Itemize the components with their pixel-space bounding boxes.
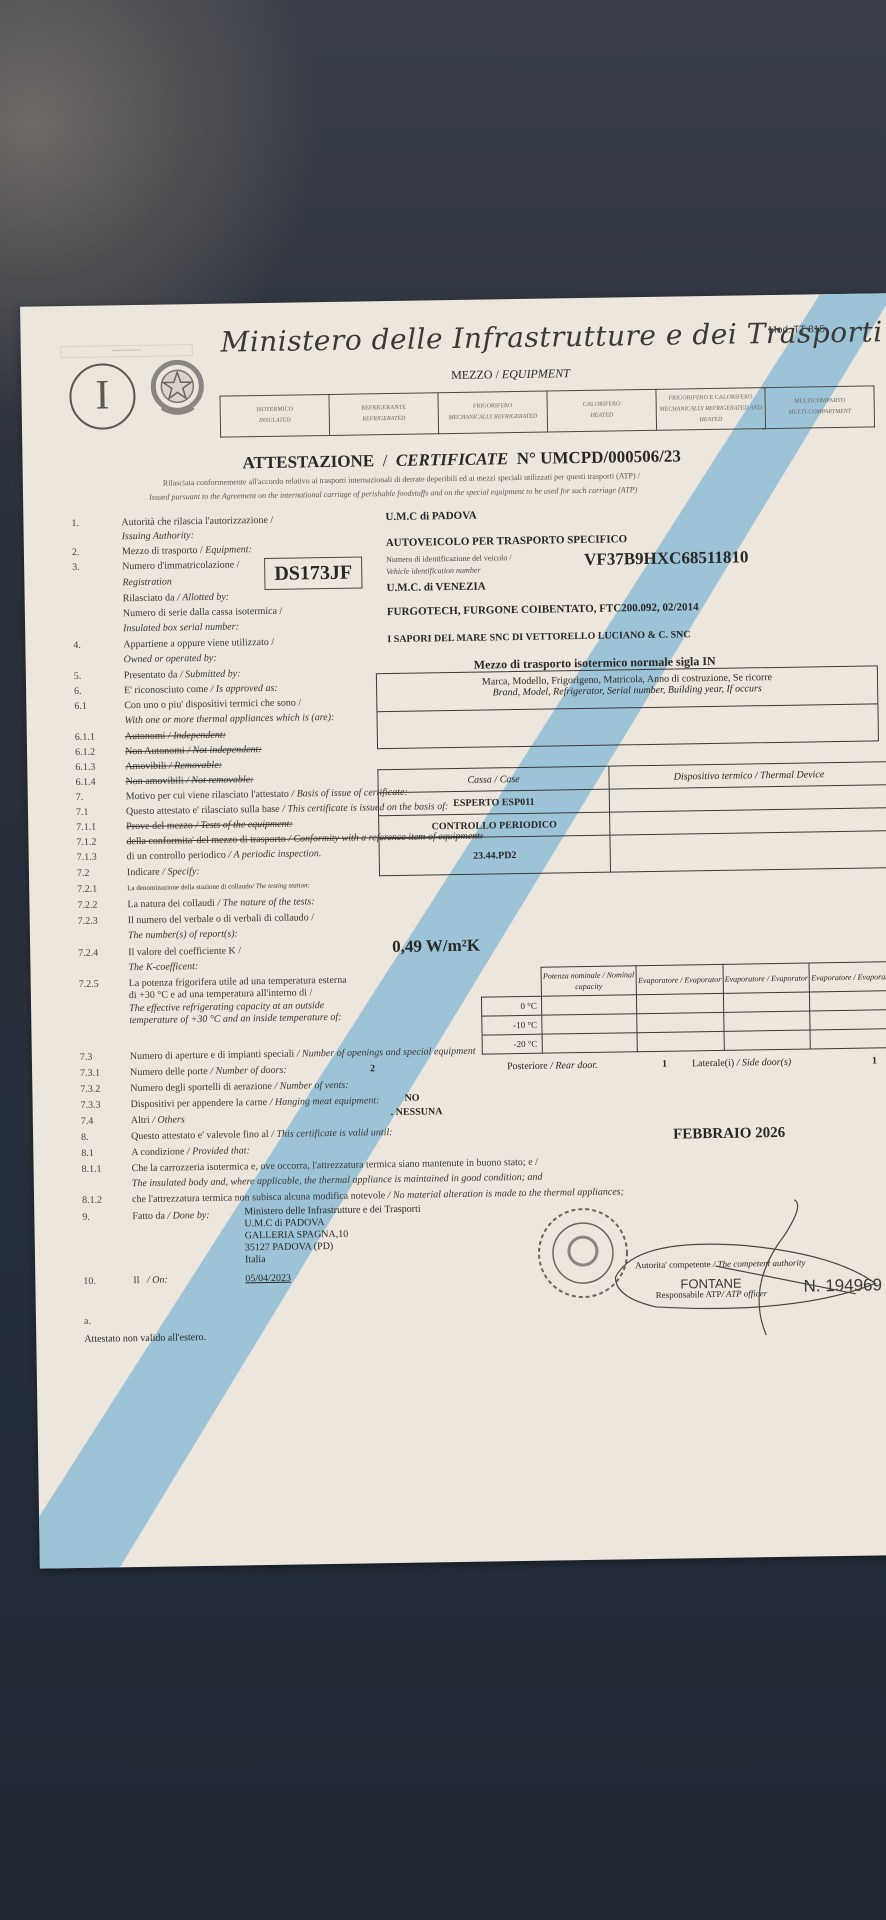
case-device-table: Cassa / CaseDispositivo termico / Therma… [377,761,886,876]
others-value: . NESSUNA [391,1106,443,1118]
validity-note: Attestato non valido all'estero. [84,1332,206,1345]
valid-until-value: FEBBRAIO 2026 [673,1125,785,1144]
allotted-by-value: U.M.C. di VENEZIA [386,581,485,595]
k-coefficient-value: 0,49 W/m²K [392,936,480,957]
owner-value: I SAPORI DEL MARE SNC DI VETTORELLO LUCI… [387,629,690,645]
certificate-title: ATTESTAZIONE / CERTIFICATE N° UMCPD/0005… [242,446,681,473]
serial-number-value: FURGOTECH, FURGONE COIBENTATO, FTC200.09… [387,601,699,618]
vin-value: VF37B9HXC68511810 [584,547,749,570]
field-label: Autorità che rilascia l'autorizzazione / [121,515,273,528]
registration-number: DS173JF [264,556,362,590]
equipment-type-cell: REFRIGERANTEREFRIGERATED [329,393,439,436]
equipment-type-cell: ISOTERMICOINSULATED [220,394,330,437]
italian-republic-emblem-icon [147,356,208,419]
equipment-value: AUTOVEICOLO PER TRASPORTO SPECIFICO [386,533,628,549]
atp-certificate: ▪▪▪▪▪▪▪▪▪▪▪▪▪▪ Ministero delle Infrastru… [20,293,886,1568]
issuing-authority-value: U.M.C di PADOVA [385,510,476,523]
capacity-table: Potenza nominale / Nominal capacity Evap… [480,961,886,1055]
equipment-type-cell: FRIGORIFERO E CALORIFEROMECHANICALLY REF… [656,388,766,431]
ministry-title: Ministero delle Infrastrutture e dei Tra… [220,315,883,358]
done-by-address: Ministero delle Infrastrutture e dei Tra… [244,1204,421,1267]
doors-count: 2 [370,1063,375,1074]
country-mark: I [69,363,136,430]
intro-italian: Rilasciata conformemente all'accordo rel… [163,471,640,487]
appliance-box: Marca, Modello, Frigorigeno, Matricola, … [376,665,879,749]
issue-date: 05/04/2023 [245,1273,291,1285]
rear-door-count: 1 [662,1059,667,1070]
hanging-meat-value: NO [404,1093,419,1104]
signature-icon [594,1193,886,1338]
equipment-type-cell: CALORIFEROHEATED [547,389,657,432]
intro-english: Issued pursuant to the Agreement on the … [149,485,637,502]
model-code: Mod. TT 815 [768,324,824,336]
equipment-type-cell: MULTICOMPARTOMULTI-COMPARTMENT [765,386,875,429]
vin-label: Numero di identificazione del veicolo / [386,553,512,564]
equipment-type-table: ISOTERMICOINSULATED REFRIGERANTEREFRIGER… [219,385,875,437]
equipment-type-cell: FRIGORIFEROMECHANICALLY REFRIGERATED [438,391,548,434]
side-door-count: 1 [872,1055,877,1066]
equipment-header: MEZZO / EQUIPMENT [451,366,570,383]
certificate-number: N° UMCPD/000506/23 [517,446,681,468]
